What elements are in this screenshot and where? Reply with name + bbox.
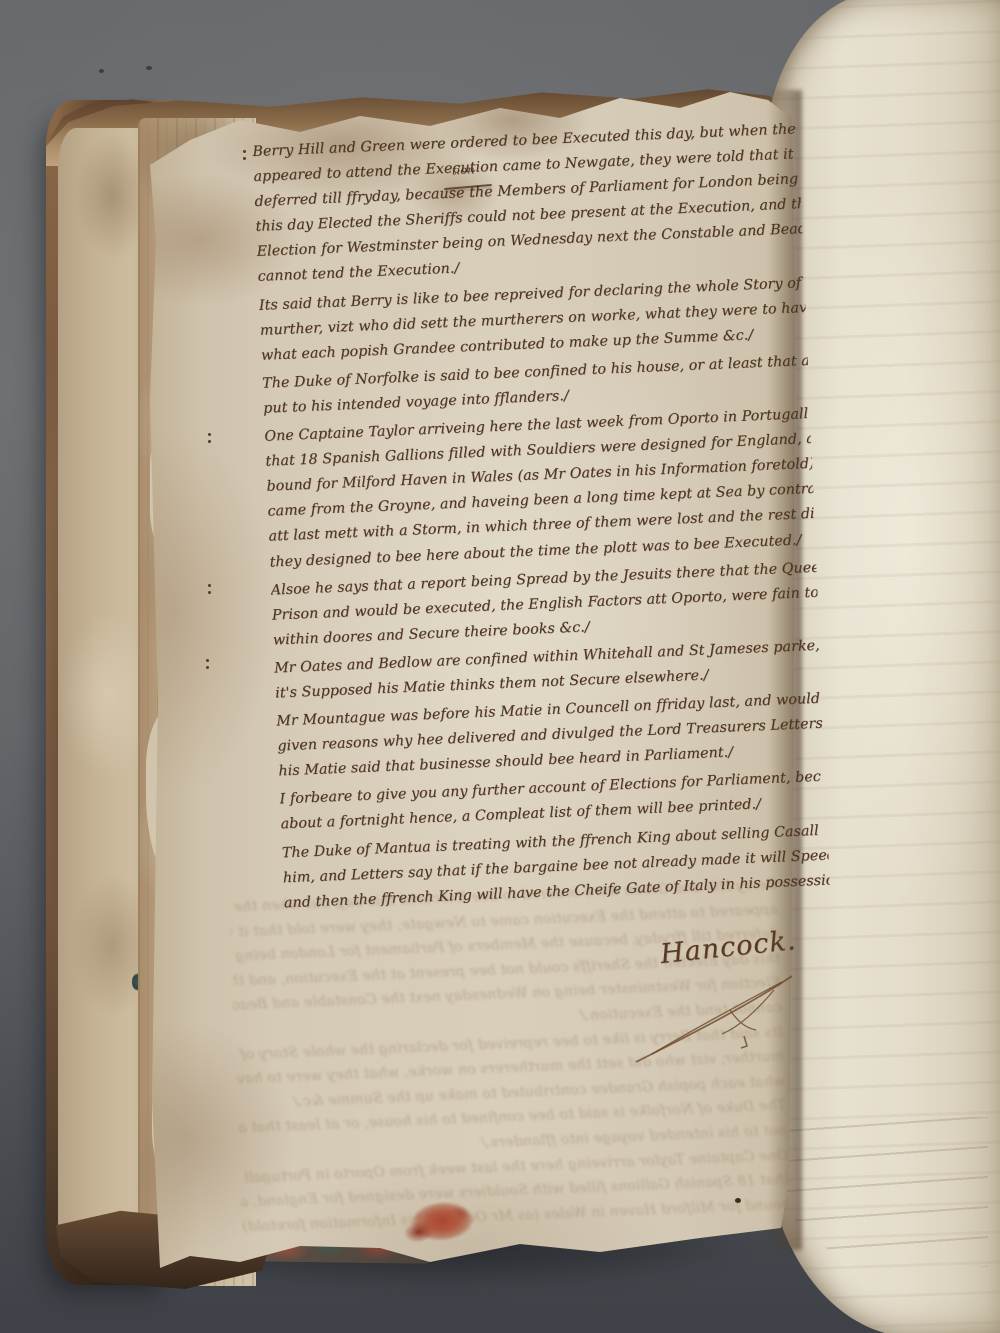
red-wax-stain <box>398 1199 483 1251</box>
backdrop-speck <box>146 66 152 70</box>
ink-speck <box>735 1198 741 1203</box>
manuscript-paragraph: Berry Hill and Green were ordered to bee… <box>252 117 804 290</box>
manuscript-paragraph: One Captaine Taylor arriveing here the l… <box>264 402 816 575</box>
signature-flourish <box>626 972 802 1068</box>
backdrop-speck <box>99 69 104 73</box>
margin-ink-dots <box>208 584 211 587</box>
margin-ink-dots <box>206 659 209 662</box>
margin-ink-dots <box>208 433 211 436</box>
margin-ink-dots <box>243 150 246 153</box>
handwritten-text: Berry Hill and Green were ordered to bee… <box>252 117 830 916</box>
photo-backdrop: Berry Hill and Green were ordered to bee… <box>0 0 1000 1333</box>
inserted-word: tion <box>452 164 475 177</box>
